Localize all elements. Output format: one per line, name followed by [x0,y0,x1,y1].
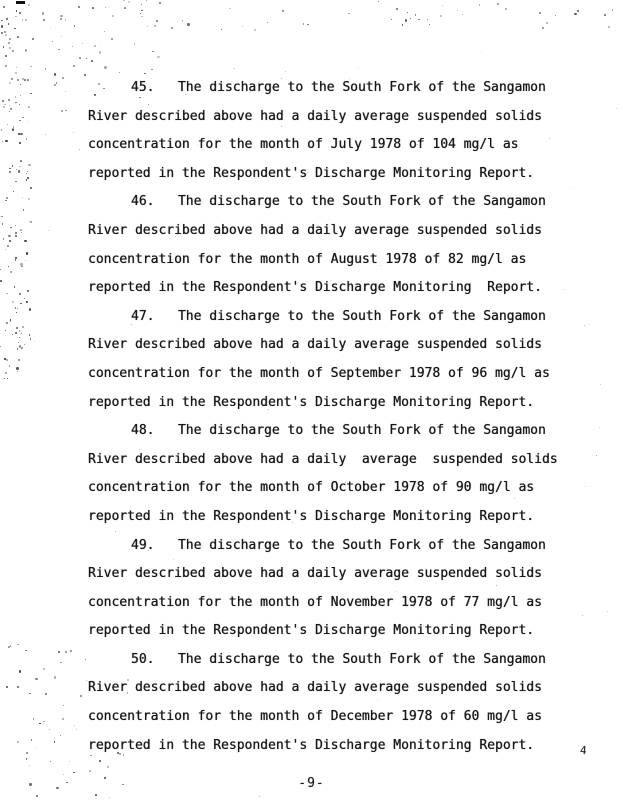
text-line: River described above had a daily averag… [88,674,568,703]
document-body: 45. The discharge to the South Fork of t… [88,74,568,760]
text-line: reported in the Respondent's Discharge M… [88,160,568,189]
text-line: River described above had a daily averag… [88,331,568,360]
text-line: concentration for the month of September… [88,360,568,389]
text-line: reported in the Respondent's Discharge M… [88,274,568,303]
text-line: reported in the Respondent's Discharge M… [88,389,568,418]
text-line: River described above had a daily averag… [88,217,568,246]
text-line: 49. The discharge to the South Fork of t… [88,532,568,561]
paragraph-45: 45. The discharge to the South Fork of t… [88,74,568,188]
text-line: River described above had a daily averag… [88,103,568,132]
scanned-page: 45. The discharge to the South Fork of t… [0,0,623,800]
text-line: 46. The discharge to the South Fork of t… [88,188,568,217]
paragraph-49: 49. The discharge to the South Fork of t… [88,532,568,646]
paragraph-47: 47. The discharge to the South Fork of t… [88,303,568,417]
text-line: reported in the Respondent's Discharge M… [88,732,568,761]
text-line: 48. The discharge to the South Fork of t… [88,417,568,446]
text-line: concentration for the month of October 1… [88,474,568,503]
text-line: concentration for the month of November … [88,589,568,618]
text-line: River described above had a daily averag… [88,560,568,589]
text-line: 47. The discharge to the South Fork of t… [88,303,568,332]
text-line: concentration for the month of July 1978… [88,131,568,160]
text-line: 45. The discharge to the South Fork of t… [88,74,568,103]
text-line: reported in the Respondent's Discharge M… [88,503,568,532]
paragraph-50: 50. The discharge to the South Fork of t… [88,646,568,760]
text-line: concentration for the month of December … [88,703,568,732]
stray-pen-mark: 4 [580,744,588,757]
text-line: River described above had a daily averag… [88,446,568,475]
scan-artifact-dash [16,1,25,4]
paragraph-48: 48. The discharge to the South Fork of t… [88,417,568,531]
page-number: -9- [0,776,623,791]
text-line: concentration for the month of August 19… [88,246,568,275]
text-line: reported in the Respondent's Discharge M… [88,617,568,646]
paragraph-46: 46. The discharge to the South Fork of t… [88,188,568,302]
text-line: 50. The discharge to the South Fork of t… [88,646,568,675]
